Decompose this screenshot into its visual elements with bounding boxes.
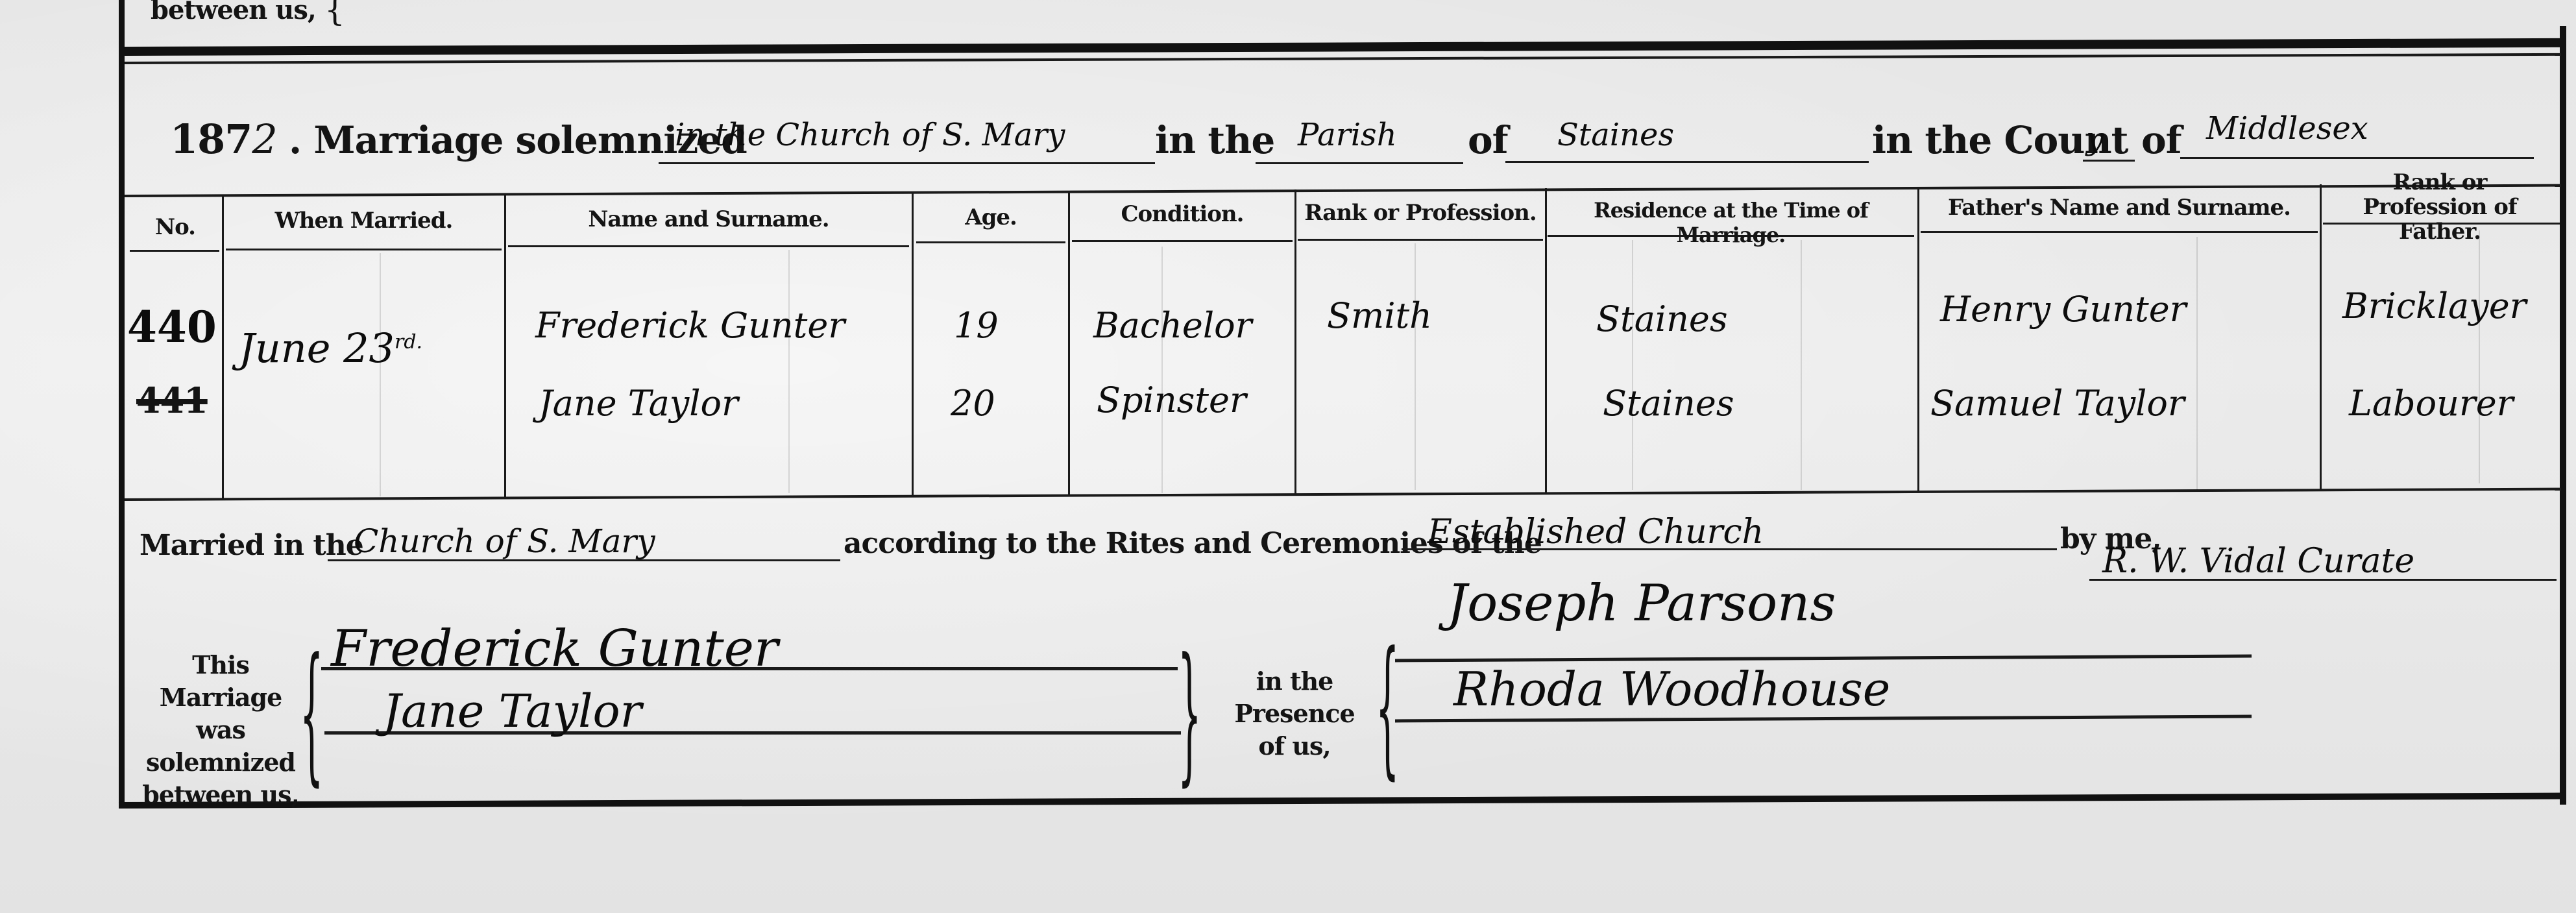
- label-solemnized-between: This Marriage was solemnized between us,: [133, 649, 308, 811]
- groom-age: 19: [954, 305, 999, 346]
- label-in-presence: in the Presence of us,: [1220, 665, 1369, 762]
- label-in-the: in the: [1155, 118, 1274, 162]
- header-underline-name: [508, 245, 909, 247]
- faint-ruling: [1415, 243, 1416, 490]
- faint-ruling: [1632, 240, 1633, 490]
- brace-right: }: [1178, 639, 1202, 788]
- col-divider: [1545, 188, 1547, 493]
- bride-name: Jane Taylor: [539, 383, 738, 424]
- entry-number-struck: 441: [136, 380, 208, 421]
- frame-bottom-border: [119, 793, 2565, 809]
- groom-name: Frederick Gunter: [535, 305, 845, 346]
- bride-father-name: Samuel Taylor: [1930, 383, 2185, 424]
- entry-top-thin-rule: [125, 53, 2561, 64]
- county-suffix: y: [2086, 121, 2104, 157]
- col-header-father-name: Father's Name and Surname.: [1921, 195, 2318, 221]
- label-of-county: of: [2141, 118, 2181, 162]
- col-header-no: No.: [130, 214, 221, 240]
- groom-father-rank: Bricklayer: [2342, 286, 2526, 326]
- parish-name: Staines: [1557, 117, 1674, 153]
- district-type: Parish: [1298, 117, 1397, 153]
- header-underline-father: [1921, 231, 2318, 233]
- col-header-when-married: When Married.: [226, 208, 502, 234]
- col-header-name: Name and Surname.: [508, 206, 909, 232]
- faint-ruling: [1161, 247, 1163, 493]
- table-bottom-rule: [125, 488, 2561, 501]
- witness2-signature: Rhoda Woodhouse: [1453, 662, 1890, 716]
- place-underline: [659, 162, 1155, 164]
- faint-ruling: [788, 250, 790, 493]
- officiant-signature: R. W. Vidal Curate: [2102, 542, 2414, 581]
- entry-year: 1872: [170, 116, 277, 163]
- bride-father-rank: Labourer: [2349, 383, 2514, 424]
- entry-top-thick-rule: [125, 38, 2561, 56]
- col-header-father-rank: Rank or Profession of Father.: [2329, 170, 2550, 244]
- brace-left: {: [300, 639, 324, 788]
- bride-age: 20: [951, 383, 995, 424]
- col-header-age: Age.: [916, 204, 1065, 230]
- county-name: Middlesex: [2206, 110, 2368, 147]
- when-married: June 23rd.: [239, 324, 422, 372]
- faint-ruling: [380, 253, 381, 496]
- rites-denomination: Established Church: [1428, 513, 1764, 552]
- header-underline-when: [226, 249, 502, 250]
- groom-residence: Staines: [1596, 298, 1728, 339]
- header-underline-rank: [1298, 239, 1543, 241]
- district-underline: [1256, 162, 1463, 164]
- year-printed: 187: [170, 116, 252, 163]
- faint-ruling: [2479, 230, 2480, 483]
- groom-father-name: Henry Gunter: [1940, 289, 2186, 330]
- county-suffix-underline: [2083, 160, 2135, 162]
- married-in-place: Church of S. Mary: [354, 522, 655, 560]
- groom-condition: Bachelor: [1093, 305, 1252, 346]
- bride-signature: Jane Taylor: [383, 685, 642, 738]
- label-married-in: Married in the: [140, 529, 363, 562]
- when-married-date: June 23: [239, 324, 395, 372]
- col-divider: [504, 193, 506, 498]
- groom-signature: Frederick Gunter: [331, 620, 778, 678]
- col-divider: [222, 195, 224, 500]
- frame-right-border: [2560, 26, 2566, 805]
- col-header-residence: Residence at the Time of Marriage.: [1548, 198, 1914, 247]
- col-header-condition: Condition.: [1072, 201, 1293, 227]
- faint-ruling: [2196, 237, 2198, 490]
- frame-left-border: [119, 0, 125, 808]
- label-of: of: [1468, 118, 1508, 162]
- faint-ruling: [1801, 240, 1802, 490]
- col-divider: [1294, 189, 1296, 494]
- bride-residence: Staines: [1603, 383, 1734, 424]
- col-divider: [1917, 187, 1919, 492]
- witness1-signature-line: [1395, 655, 2252, 663]
- previous-entry-brace: {: [324, 0, 345, 29]
- register-page: between us, { 1872 . Marriage solemnized…: [0, 0, 2576, 913]
- col-divider: [912, 192, 914, 497]
- header-underline-no: [130, 250, 219, 252]
- brace-witness: {: [1376, 633, 1400, 782]
- when-married-suffix: rd.: [395, 330, 422, 353]
- witness1-signature: Joseph Parsons: [1447, 574, 1836, 633]
- marriage-place: in the Church of S. Mary: [675, 117, 1065, 153]
- previous-entry-tail: between us,: [151, 0, 316, 25]
- header-underline-condition: [1072, 240, 1293, 242]
- bride-condition: Spinster: [1097, 380, 1246, 420]
- groom-rank: Smith: [1327, 295, 1432, 336]
- col-header-rank: Rank or Profession.: [1298, 200, 1543, 226]
- entry-number: 440: [127, 302, 217, 352]
- col-divider: [1068, 191, 1070, 496]
- year-handwritten: 2: [252, 116, 276, 163]
- parish-underline: [1505, 161, 1869, 163]
- col-divider: [2320, 184, 2322, 489]
- county-underline: [2180, 157, 2534, 159]
- header-underline-age: [916, 241, 1065, 243]
